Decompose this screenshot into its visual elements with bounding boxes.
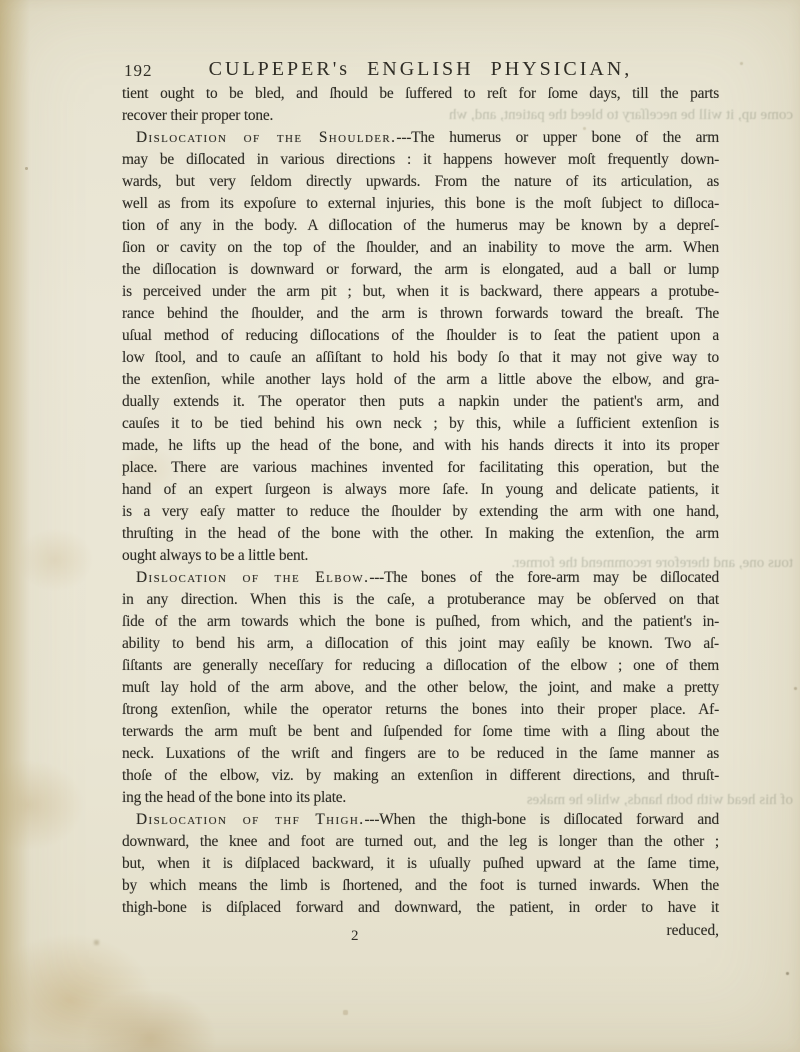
text-line: thoſe of the elbow, viz. by making an ex…	[122, 765, 719, 787]
text-line: Dislocation of thf Thigh.---When the thi…	[122, 809, 719, 831]
text-line: recover their proper tone.	[122, 105, 719, 127]
line-text: uſual method of reducing diſlocations of…	[122, 327, 719, 344]
line-text: made, he lifts up the head of the bone, …	[122, 437, 719, 454]
page-header: 192 CULPEPER's ENGLISH PHYSICIAN,	[122, 58, 719, 82]
text-line: ſide of the arm towards which the bone i…	[122, 611, 719, 633]
text-line: ability to bend his arm, a diſlocation o…	[122, 633, 719, 655]
text-line: made, he lifts up the head of the bone, …	[122, 435, 719, 457]
line-text: ---The humerus or upper bone of the arm	[396, 129, 719, 146]
line-text: ought always to be a little bent.	[122, 547, 308, 564]
text-line: ought always to be a little bent.	[122, 545, 719, 567]
line-text: hand of an expert ſurgeon is always more…	[122, 481, 719, 498]
line-text: by which means the limb is ſhortened, an…	[122, 877, 719, 894]
text-line: ſtrong extenſion, while the operator ret…	[122, 699, 719, 721]
text-line: dually extends it. The operator then put…	[122, 391, 719, 413]
text-line: ing the head of the bone into its plate.	[122, 787, 719, 809]
text-line: rance behind the ſhoulder, and the arm i…	[122, 303, 719, 325]
body-text: tient ought to be bled, and ſhould be ſu…	[122, 83, 719, 919]
line-text: is perceived under the arm pit ; but, wh…	[122, 283, 719, 300]
line-text: recover their proper tone.	[122, 107, 273, 124]
text-line: downward, the knee and foot are turned o…	[122, 831, 719, 853]
text-line: tion of any in the body. A diſlocation o…	[122, 215, 719, 237]
line-text: neck. Luxations of the wriſt and fingers…	[122, 745, 719, 762]
signature-mark: 2	[351, 928, 359, 945]
line-text: ſiſtants are generally neceſſary for red…	[122, 657, 719, 674]
text-line: the extenſion, while another lays hold o…	[122, 369, 719, 391]
line-text: ſide of the arm towards which the bone i…	[122, 613, 719, 630]
text-line: in any direction. When this is the caſe,…	[122, 589, 719, 611]
line-text: ability to bend his arm, a diſlocation o…	[122, 635, 719, 652]
text-line: thigh-bone is diſplaced forward and down…	[122, 897, 719, 919]
text-line: ſion or cavity on the top of the ſhoulde…	[122, 237, 719, 259]
line-text: thoſe of the elbow, viz. by making an ex…	[122, 767, 719, 784]
text-line: the diſlocation is downward or forward, …	[122, 259, 719, 281]
text-line: terwards the arm muſt be bent and ſuſpen…	[122, 721, 719, 743]
text-line: is perceived under the arm pit ; but, wh…	[122, 281, 719, 303]
line-text: tient ought to be bled, and ſhould be ſu…	[122, 85, 719, 102]
line-text: ---When the thigh-bone is diſlocated for…	[365, 811, 720, 828]
text-line: tient ought to be bled, and ſhould be ſu…	[122, 83, 719, 105]
line-text: but, when it is diſplaced backward, it i…	[122, 855, 719, 872]
text-line: low ſtool, and to cauſe an aſſiſtant to …	[122, 347, 719, 369]
line-text: ſion or cavity on the top of the ſhoulde…	[122, 239, 719, 256]
text-line: cauſes it to be tied behind his own neck…	[122, 413, 719, 435]
line-text: low ſtool, and to cauſe an aſſiſtant to …	[122, 349, 719, 366]
line-text: thigh-bone is diſplaced forward and down…	[122, 899, 719, 916]
line-text: ---The bones of the fore-arm may be diſl…	[369, 569, 719, 586]
line-text: terwards the arm muſt be bent and ſuſpen…	[122, 723, 719, 740]
text-line: by which means the limb is ſhortened, an…	[122, 875, 719, 897]
line-text: cauſes it to be tied behind his own neck…	[122, 415, 719, 432]
section-heading: Dislocation of the Elbow.	[136, 569, 369, 586]
line-text: place. There are various machines invent…	[122, 459, 719, 476]
text-line: Dislocation of the Shoulder.---The humer…	[122, 127, 719, 149]
running-title: CULPEPER's ENGLISH PHYSICIAN,	[122, 58, 719, 81]
line-text: is a very eaſy matter to reduce the ſhou…	[122, 503, 719, 520]
section-heading: Dislocation of thf Thigh.	[136, 811, 365, 828]
line-text: muſt lay hold of the arm above, and the …	[122, 679, 719, 696]
text-line: Dislocation of the Elbow.---The bones of…	[122, 567, 719, 589]
line-text: the extenſion, while another lays hold o…	[122, 371, 719, 388]
text-line: place. There are various machines invent…	[122, 457, 719, 479]
catchword: reduced,	[644, 922, 719, 940]
line-text: the diſlocation is downward or forward, …	[122, 261, 719, 278]
text-line: but, when it is diſplaced backward, it i…	[122, 853, 719, 875]
line-text: tion of any in the body. A diſlocation o…	[122, 217, 719, 234]
line-text: dually extends it. The operator then put…	[122, 393, 719, 410]
page-left-edge-shade	[0, 0, 30, 1052]
text-line: hand of an expert ſurgeon is always more…	[122, 479, 719, 501]
line-text: rance behind the ſhoulder, and the arm i…	[122, 305, 719, 322]
text-line: may be diſlocated in various directions …	[122, 149, 719, 171]
line-text: in any direction. When this is the caſe,…	[122, 591, 719, 608]
line-text: downward, the knee and foot are turned o…	[122, 833, 719, 850]
section-heading: Dislocation of the Shoulder.	[136, 129, 396, 146]
text-line: thruſting in the head of the bone with t…	[122, 523, 719, 545]
line-text: ſtrong extenſion, while the operator ret…	[122, 701, 719, 718]
text-line: ſiſtants are generally neceſſary for red…	[122, 655, 719, 677]
text-line: well as from its expoſure to external in…	[122, 193, 719, 215]
book-page: come up, it will be neceſſary to bleed t…	[0, 0, 800, 1052]
line-text: well as from its expoſure to external in…	[122, 195, 719, 212]
text-line: wards, but very ſeldom directly upwards.…	[122, 171, 719, 193]
line-text: thruſting in the head of the bone with t…	[122, 525, 719, 542]
line-text: ing the head of the bone into its plate.	[122, 789, 346, 806]
text-line: uſual method of reducing diſlocations of…	[122, 325, 719, 347]
line-text: may be diſlocated in various directions …	[122, 151, 719, 168]
line-text: wards, but very ſeldom directly upwards.…	[122, 173, 719, 190]
text-line: neck. Luxations of the wriſt and fingers…	[122, 743, 719, 765]
paper-specks	[0, 0, 1, 1]
text-line: muſt lay hold of the arm above, and the …	[122, 677, 719, 699]
text-line: is a very eaſy matter to reduce the ſhou…	[122, 501, 719, 523]
